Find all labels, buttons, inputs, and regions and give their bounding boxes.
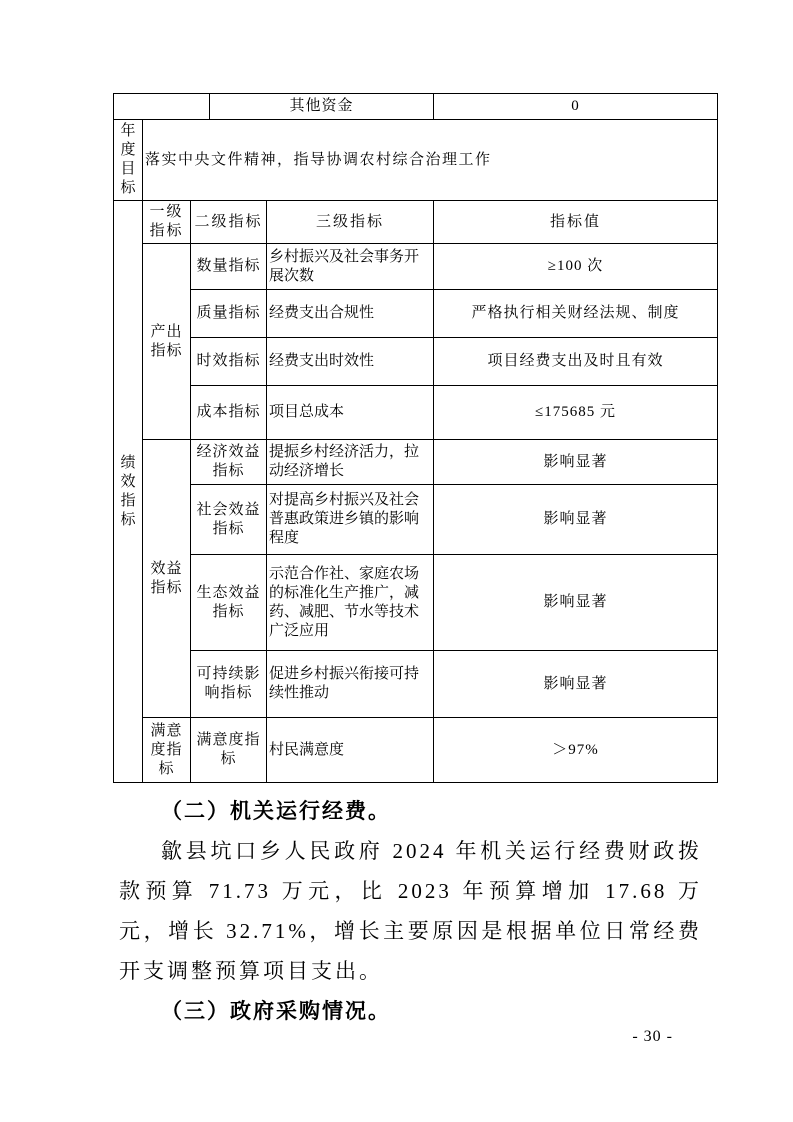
cell-other-funds-label: 其他资金 xyxy=(210,94,434,120)
performance-indicator-table: 其他资金 0 年度目标 落实中央文件精神，指导协调农村综合治理工作 绩效指标 一… xyxy=(113,93,718,783)
cell-level3: 经费支出合规性 xyxy=(267,290,434,338)
cell-header-level3: 三级指标 xyxy=(267,201,434,244)
cell-level1-satisfaction: 满意度指标 xyxy=(143,718,191,783)
cell-value: ≥100 次 xyxy=(434,244,718,290)
cell-value: ＞97% xyxy=(434,718,718,783)
section-body-operating-funds: 歙县坑口乡人民政府 2024 年机关运行经费财政拨款预算 71.73 万元，比 … xyxy=(119,831,702,991)
cell-value: ≤175685 元 xyxy=(434,386,718,440)
cell-performance-label: 绩效指标 xyxy=(114,201,143,783)
cell-empty xyxy=(114,94,210,120)
cell-level2: 质量指标 xyxy=(191,290,267,338)
cell-level3: 村民满意度 xyxy=(267,718,434,783)
table-header-row: 绩效指标 一级指标 二级指标 三级指标 指标值 xyxy=(114,201,718,244)
cell-level2: 时效指标 xyxy=(191,338,267,386)
table-row: 时效指标 经费支出时效性 项目经费支出及时且有效 xyxy=(114,338,718,386)
cell-other-funds-value: 0 xyxy=(434,94,718,120)
cell-annual-goal-label: 年度目标 xyxy=(114,120,143,201)
cell-level2: 生态效益指标 xyxy=(191,555,267,651)
table-row: 年度目标 落实中央文件精神，指导协调农村综合治理工作 xyxy=(114,120,718,201)
cell-level2: 成本指标 xyxy=(191,386,267,440)
cell-level3: 提振乡村经济活力，拉动经济增长 xyxy=(267,440,434,485)
cell-level1-benefit: 效益指标 xyxy=(143,440,191,718)
table-row: 满意度指标 满意度指标 村民满意度 ＞97% xyxy=(114,718,718,783)
cell-level3: 项目总成本 xyxy=(267,386,434,440)
table-row: 产出指标 数量指标 乡村振兴及社会事务开展次数 ≥100 次 xyxy=(114,244,718,290)
cell-level2: 可持续影响指标 xyxy=(191,651,267,718)
cell-level3: 促进乡村振兴衔接可持续性推动 xyxy=(267,651,434,718)
table-row: 社会效益指标 对提高乡村振兴及社会普惠政策进乡镇的影响程度 影响显著 xyxy=(114,485,718,555)
cell-value: 影响显著 xyxy=(434,440,718,485)
body-text: （二）机关运行经费。 歙县坑口乡人民政府 2024 年机关运行经费财政拨款预算 … xyxy=(119,791,702,1031)
cell-level3: 经费支出时效性 xyxy=(267,338,434,386)
cell-level2: 经济效益指标 xyxy=(191,440,267,485)
cell-header-value: 指标值 xyxy=(434,201,718,244)
cell-annual-goal-text: 落实中央文件精神，指导协调农村综合治理工作 xyxy=(143,120,718,201)
cell-header-level2: 二级指标 xyxy=(191,201,267,244)
section-heading-procurement: （三）政府采购情况。 xyxy=(119,991,702,1031)
cell-level2: 社会效益指标 xyxy=(191,485,267,555)
document-page: 其他资金 0 年度目标 落实中央文件精神，指导协调农村综合治理工作 绩效指标 一… xyxy=(0,0,793,1122)
table-row: 成本指标 项目总成本 ≤175685 元 xyxy=(114,386,718,440)
table-row: 效益指标 经济效益指标 提振乡村经济活力，拉动经济增长 影响显著 xyxy=(114,440,718,485)
table-row: 生态效益指标 示范合作社、家庭农场的标准化生产推广，减药、减肥、节水等技术广泛应… xyxy=(114,555,718,651)
cell-value: 项目经费支出及时且有效 xyxy=(434,338,718,386)
cell-value: 严格执行相关财经法规、制度 xyxy=(434,290,718,338)
cell-value: 影响显著 xyxy=(434,555,718,651)
table-row: 质量指标 经费支出合规性 严格执行相关财经法规、制度 xyxy=(114,290,718,338)
cell-level3: 示范合作社、家庭农场的标准化生产推广，减药、减肥、节水等技术广泛应用 xyxy=(267,555,434,651)
cell-level2: 数量指标 xyxy=(191,244,267,290)
cell-value: 影响显著 xyxy=(434,651,718,718)
cell-level3: 乡村振兴及社会事务开展次数 xyxy=(267,244,434,290)
table-row: 可持续影响指标 促进乡村振兴衔接可持续性推动 影响显著 xyxy=(114,651,718,718)
cell-header-level1: 一级指标 xyxy=(143,201,191,244)
page-number: - 30 - xyxy=(632,1028,673,1046)
cell-level2: 满意度指标 xyxy=(191,718,267,783)
section-heading-operating-funds: （二）机关运行经费。 xyxy=(119,791,702,831)
cell-level3: 对提高乡村振兴及社会普惠政策进乡镇的影响程度 xyxy=(267,485,434,555)
cell-level1-output: 产出指标 xyxy=(143,244,191,440)
cell-value: 影响显著 xyxy=(434,485,718,555)
table-row: 其他资金 0 xyxy=(114,94,718,120)
